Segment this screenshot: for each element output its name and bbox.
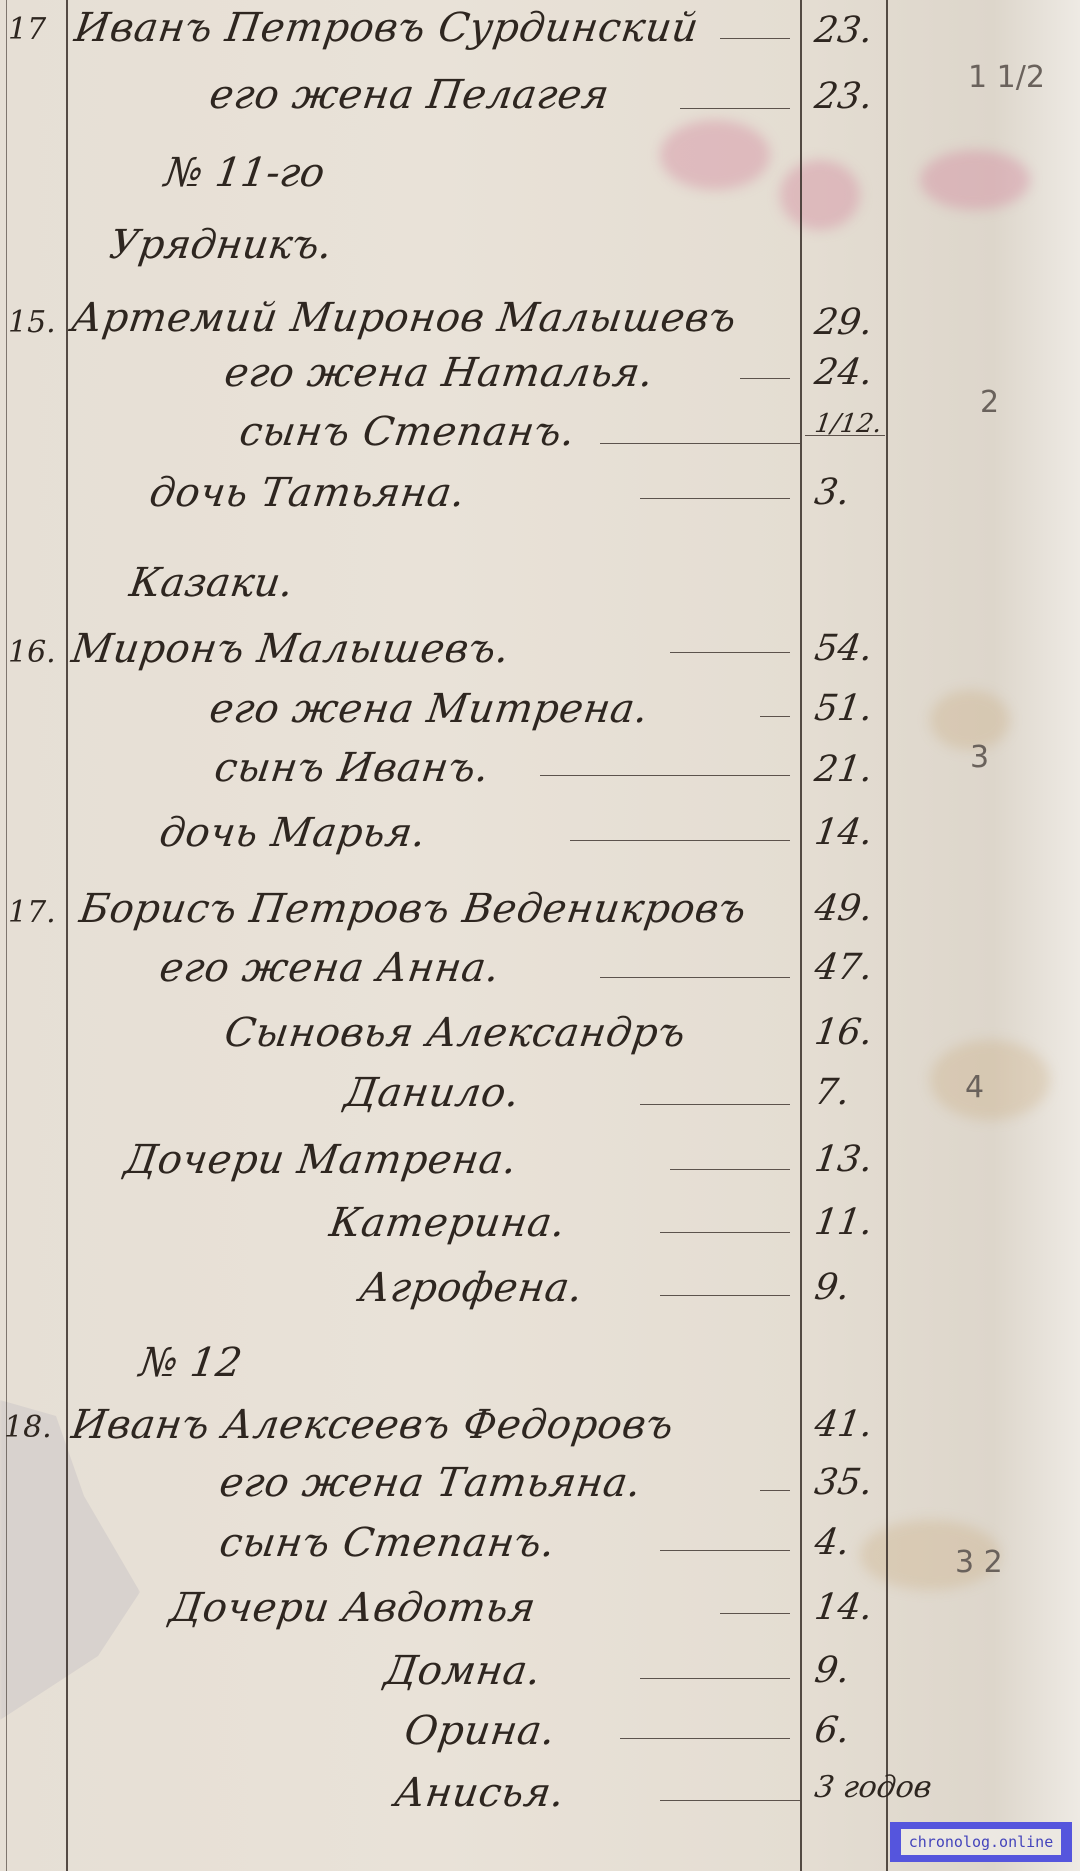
rank-heading: Казаки. — [127, 560, 296, 606]
person-name: его жена Анна. — [157, 945, 503, 991]
leader-line — [570, 840, 790, 841]
entry-number: 17. — [8, 895, 56, 930]
age-value: 41. — [812, 1404, 875, 1445]
age-value: 9. — [812, 1650, 852, 1691]
person-name: Дочери Матрена. — [122, 1137, 520, 1183]
leader-line — [660, 1550, 790, 1551]
age-value: 24. — [812, 352, 875, 393]
entry-row: его жена Анна. 47. — [0, 945, 1080, 1005]
person-name: сынъ Степанъ. — [217, 1520, 558, 1566]
entry-row: 15. Артемий Миронов Малышевъ 29. — [0, 290, 1080, 350]
person-name: Иванъ Петровъ Сурдинский — [72, 5, 702, 51]
person-name: Анисья. — [392, 1770, 568, 1816]
entry-row: Данило. 7. — [0, 1070, 1080, 1130]
person-name: Иванъ Алексеевъ Федоровъ — [69, 1402, 677, 1448]
household-heading: № 11-го — [162, 150, 328, 196]
leader-line — [660, 1232, 790, 1233]
person-name: дочь Татьяна. — [147, 470, 468, 516]
person-name: его жена Митрена. — [207, 686, 652, 732]
entry-number: 16. — [8, 635, 56, 670]
age-value: 21. — [812, 749, 875, 790]
person-name: его жена Татьяна. — [217, 1460, 644, 1506]
leader-line — [720, 1613, 790, 1614]
age-value: 14. — [812, 1587, 875, 1628]
margin-note: 3 — [970, 740, 989, 775]
entry-row: сынъ Степанъ. 1/12. — [0, 405, 1080, 465]
person-name: Агрофена. — [357, 1265, 586, 1311]
leader-line — [640, 498, 790, 499]
entry-row: дочь Татьяна. 3. — [0, 470, 1080, 530]
entry-row: 17. Борисъ Петровъ Веденикровъ 49. — [0, 880, 1080, 940]
leader-line — [720, 38, 790, 39]
person-name: Дочери Авдотья — [167, 1585, 539, 1631]
age-value: 3 годов — [813, 1770, 934, 1805]
entry-row: его жена Наталья. 24. — [0, 350, 1080, 410]
leader-line — [670, 1169, 790, 1170]
person-name: его жена Наталья. — [222, 350, 657, 396]
watermark-text: chronolog.online — [901, 1829, 1062, 1855]
margin-note: 3 2 — [955, 1545, 1003, 1580]
leader-line — [640, 1678, 790, 1679]
margin-note: 4 — [965, 1070, 984, 1105]
age-value: 35. — [812, 1462, 875, 1503]
age-value: 13. — [812, 1139, 875, 1180]
leader-line — [680, 108, 790, 109]
leader-line — [620, 1738, 790, 1739]
person-name: Артемий Миронов Малышевъ — [69, 295, 740, 341]
person-name: Данило. — [342, 1070, 523, 1116]
pink-stain — [780, 160, 860, 230]
person-name: дочь Марья. — [157, 810, 429, 856]
person-name: его жена Пелагея — [207, 72, 612, 118]
entry-row: Сыновья Александръ 16. — [0, 1010, 1080, 1070]
age-value: 49. — [812, 888, 875, 929]
age-value: 3. — [812, 472, 852, 513]
age-value: 6. — [812, 1710, 852, 1751]
entry-row: Катерина. 11. — [0, 1200, 1080, 1260]
person-name: Катерина. — [327, 1200, 569, 1246]
age-value: 14. — [812, 812, 875, 853]
leader-line — [540, 775, 790, 776]
fraction-bar — [805, 435, 885, 436]
entry-row: его жена Митрена. 51. — [0, 682, 1080, 742]
entry-row: Агрофена. 9. — [0, 1265, 1080, 1325]
entry-number: 17 — [8, 12, 46, 47]
age-value: 54. — [812, 628, 875, 669]
entry-row: Домна. 9. — [0, 1648, 1080, 1708]
age-value: 23. — [812, 76, 875, 117]
margin-note: 2 — [980, 385, 999, 420]
margin-note: 1 1/2 — [968, 60, 1045, 95]
person-name: сынъ Иванъ. — [212, 745, 492, 791]
age-value: 47. — [812, 947, 875, 988]
entry-row: 18. Иванъ Алексеевъ Федоровъ 41. — [0, 1400, 1080, 1460]
person-name: Орина. — [402, 1708, 559, 1754]
leader-line — [740, 378, 790, 379]
entry-row: Дочери Авдотья 14. — [0, 1585, 1080, 1645]
entry-row: 16. Миронъ Малышевъ. 54. — [0, 620, 1080, 680]
rank-heading: Урядникъ. — [107, 222, 335, 268]
entry-number: 15. — [8, 305, 56, 340]
person-name: сынъ Степанъ. — [237, 409, 578, 455]
person-name: Миронъ Малышевъ. — [69, 626, 513, 672]
age-value: 51. — [812, 688, 875, 729]
leader-line — [670, 652, 790, 653]
person-name: Борисъ Петровъ Веденикровъ — [77, 886, 750, 932]
watermark-badge: chronolog.online — [890, 1822, 1072, 1862]
person-name: Сыновья Александръ — [222, 1010, 689, 1056]
entry-row: Дочери Матрена. 13. — [0, 1135, 1080, 1195]
entry-row: его жена Татьяна. 35. — [0, 1460, 1080, 1520]
entry-number: 18. — [4, 1410, 52, 1445]
entry-row: сынъ Степанъ. 4. — [0, 1520, 1080, 1580]
leader-line — [760, 1490, 790, 1491]
household-heading: № 12 — [137, 1340, 245, 1386]
entry-row: Орина. 6. — [0, 1708, 1080, 1768]
entry-row: Анисья. 3 годов — [0, 1770, 1080, 1830]
leader-line — [600, 443, 800, 444]
leader-line — [660, 1295, 790, 1296]
age-value: 16. — [812, 1012, 875, 1053]
age-value: 9. — [812, 1267, 852, 1308]
age-value: 4. — [812, 1522, 852, 1563]
leader-line — [600, 977, 790, 978]
age-value: 23. — [812, 10, 875, 51]
entry-row: 17 Иванъ Петровъ Сурдинский 23. — [0, 0, 1080, 60]
entry-row: его жена Пелагея 23. — [0, 72, 1080, 132]
age-value: 29. — [812, 302, 875, 343]
entry-row: дочь Марья. 14. — [0, 810, 1080, 870]
leader-line — [640, 1104, 790, 1105]
leader-line — [660, 1800, 800, 1801]
leader-line — [760, 716, 790, 717]
pink-stain — [920, 150, 1030, 210]
person-name: Домна. — [382, 1648, 544, 1694]
age-value: 7. — [812, 1072, 852, 1113]
entry-row: сынъ Иванъ. 21. — [0, 745, 1080, 805]
age-value: 11. — [812, 1202, 875, 1243]
